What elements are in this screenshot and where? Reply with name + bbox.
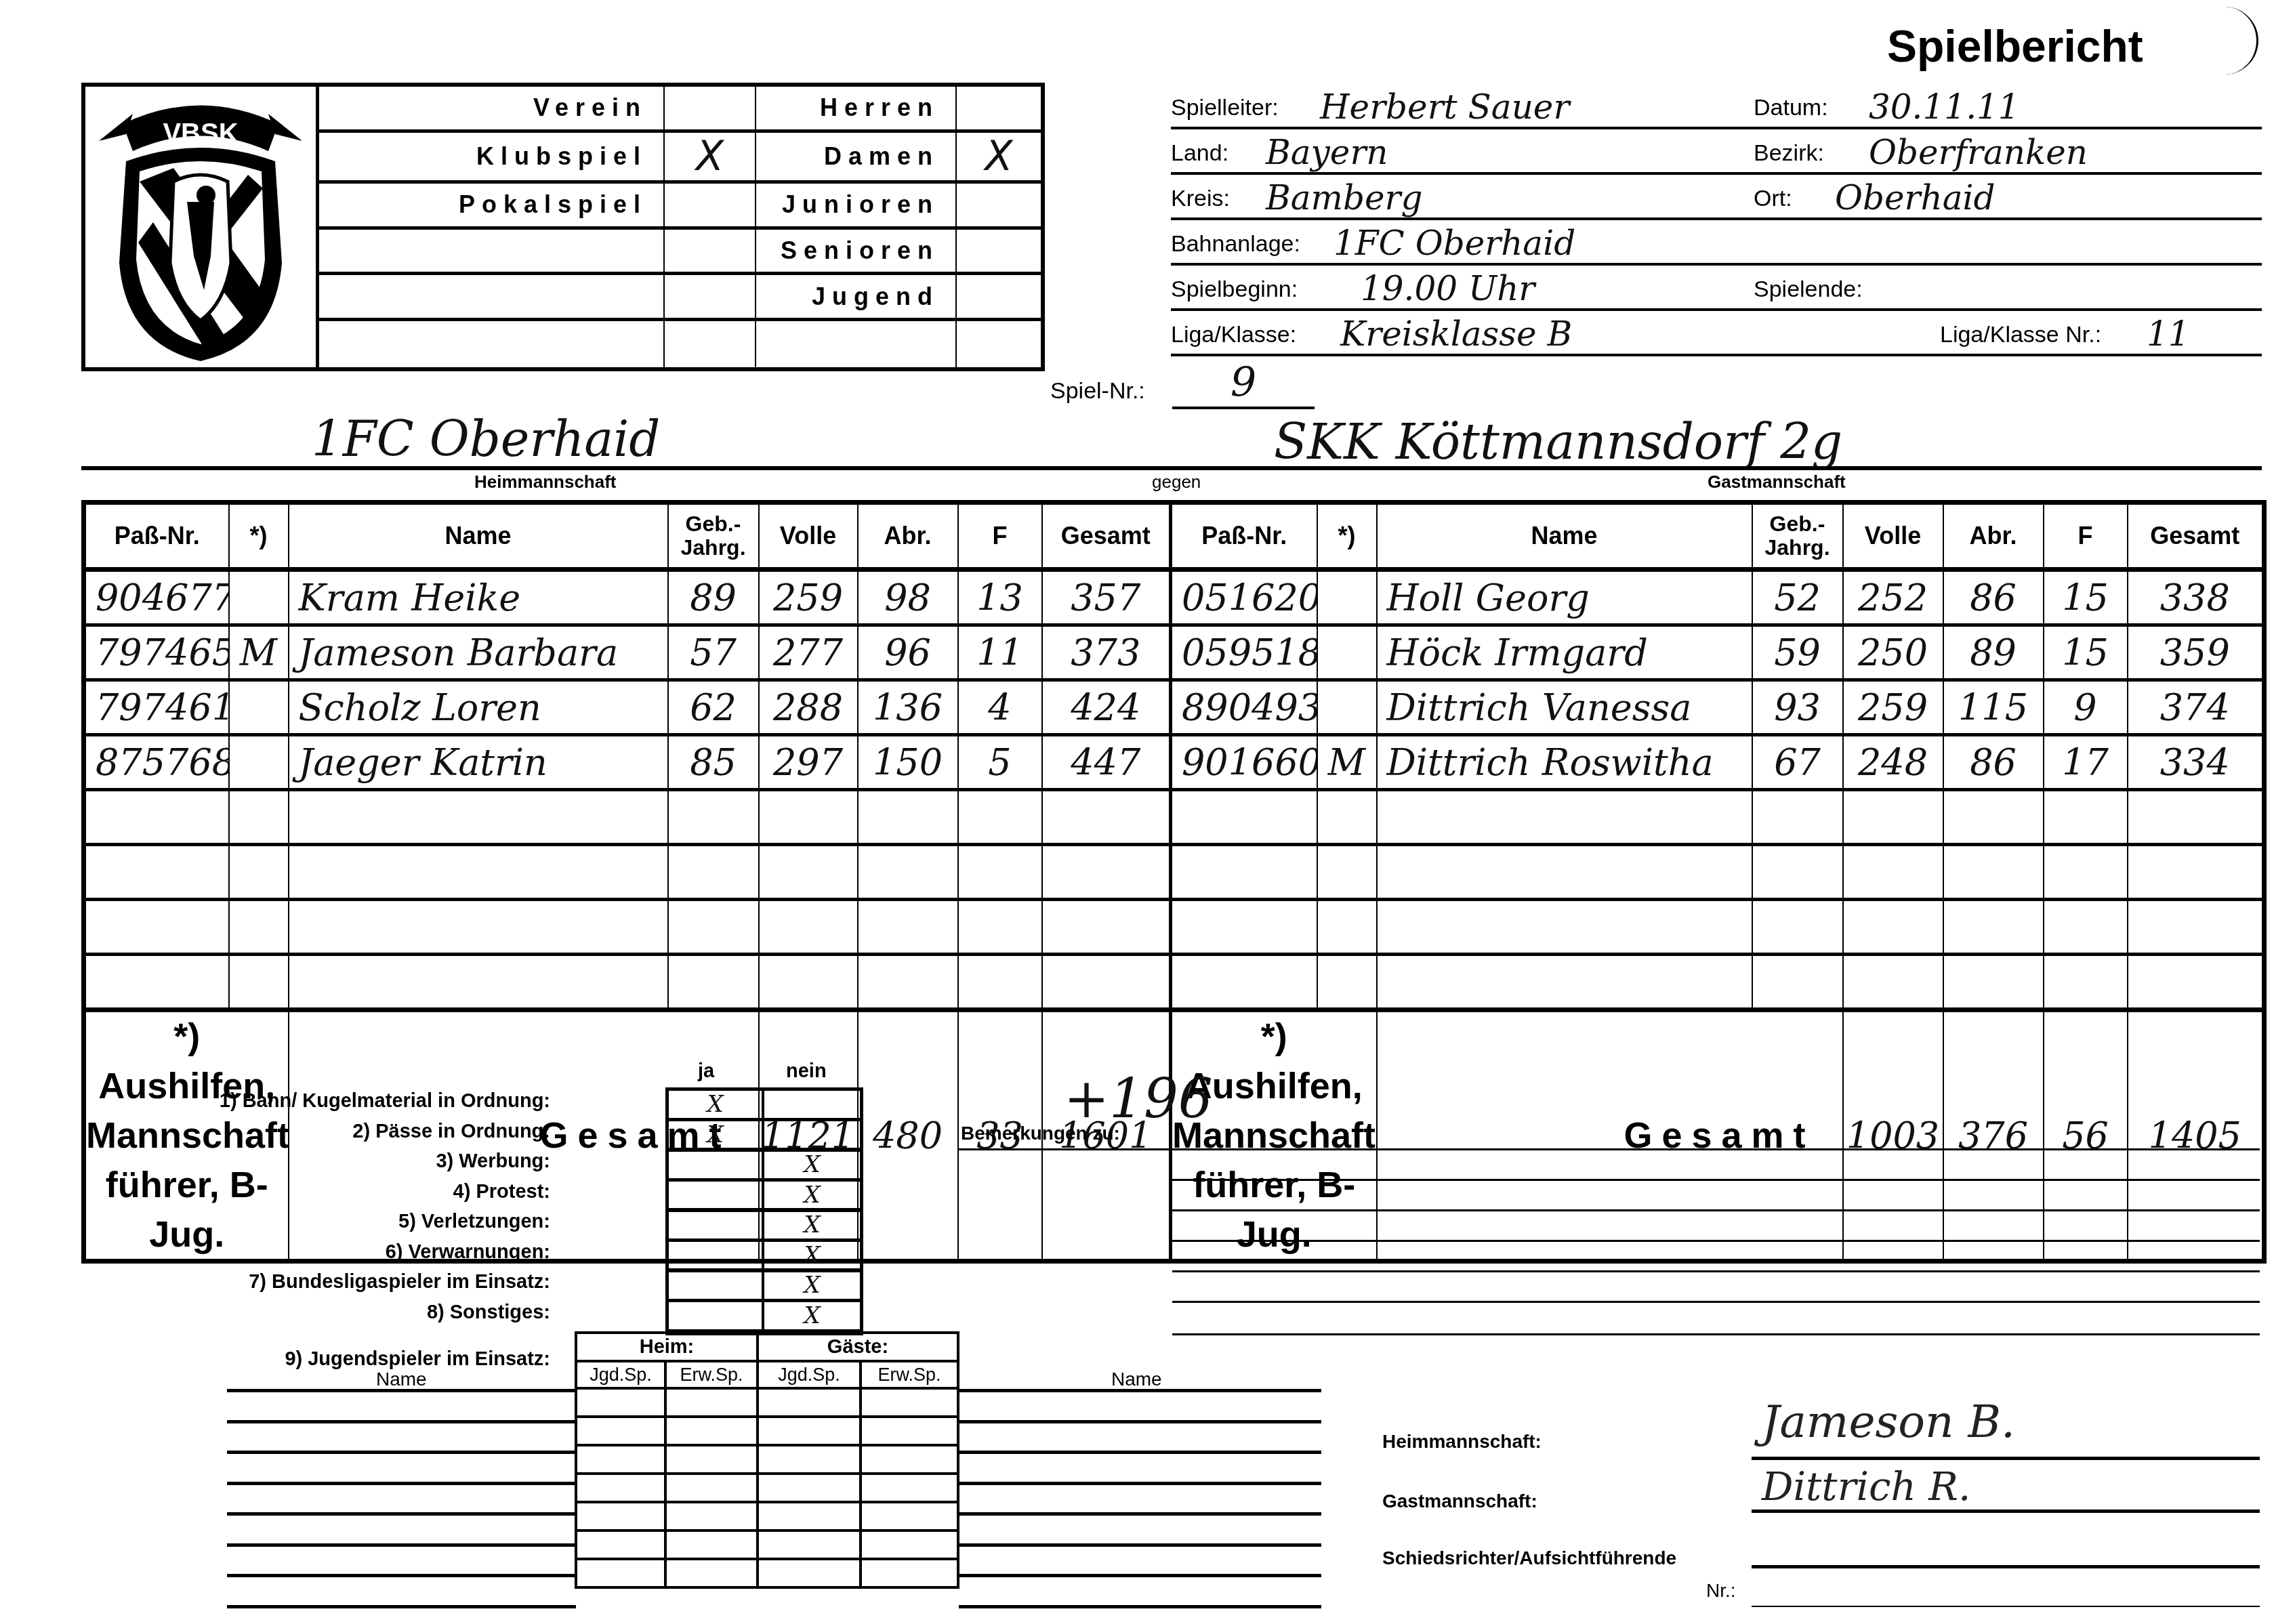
checkbox-nein[interactable]: X xyxy=(764,1302,860,1333)
guest-total-f[interactable]: 56 xyxy=(2044,1010,2128,1262)
youth-cell[interactable] xyxy=(861,1417,958,1445)
youth-name-line-guest[interactable] xyxy=(959,1482,1321,1485)
col-volle: Volle xyxy=(759,503,858,570)
sig-home-line xyxy=(1752,1457,2260,1460)
home-abr-cell[interactable]: 96 xyxy=(858,625,958,680)
youth-cell[interactable] xyxy=(758,1531,861,1559)
home-passnr-cell[interactable]: 797461 xyxy=(84,680,229,735)
spiel-nr-field[interactable]: 9 xyxy=(1172,359,1315,409)
home-name-cell[interactable]: Jameson Barbara xyxy=(289,625,668,680)
guest-gesamt-cell[interactable] xyxy=(2128,845,2265,900)
ja-label: ja xyxy=(698,1060,714,1083)
guest-passnr-cell[interactable]: 059518 xyxy=(1171,625,1317,680)
label-empty-4 xyxy=(319,230,665,276)
youth-cell[interactable] xyxy=(576,1559,665,1587)
guest-star-cell[interactable] xyxy=(1317,680,1377,735)
checklist-item-label: 6) Verwarnungen: xyxy=(386,1241,550,1264)
remarks-line-5[interactable] xyxy=(1172,1270,2260,1272)
youth-cell[interactable] xyxy=(576,1531,665,1559)
guest-abr-cell[interactable] xyxy=(1943,900,2044,955)
home-gebjahrg-cell[interactable] xyxy=(668,790,759,845)
table-row xyxy=(84,955,2265,1010)
guest-name-cell[interactable] xyxy=(1377,900,1752,955)
youth-cell[interactable] xyxy=(861,1474,958,1502)
home-gebjahrg-cell[interactable] xyxy=(668,955,759,1010)
youth-row xyxy=(576,1502,958,1531)
youth-cell[interactable] xyxy=(758,1445,861,1474)
label-empty-6 xyxy=(319,321,665,367)
checkbox-nein[interactable]: X xyxy=(764,1272,860,1302)
guest-total-volle[interactable]: 1003 xyxy=(1843,1010,1943,1262)
youth-name-line-guest[interactable] xyxy=(959,1512,1321,1516)
home-gebjahrg-cell[interactable]: 57 xyxy=(668,625,759,680)
youth-cell[interactable] xyxy=(665,1502,758,1531)
guest-gebjahrg-cell[interactable] xyxy=(1752,845,1843,900)
guest-star-cell[interactable]: M xyxy=(1317,735,1377,790)
home-passnr-cell[interactable] xyxy=(84,845,229,900)
col-gebjahrg: Geb.-Jahrg. xyxy=(668,503,759,570)
guest-abr-cell[interactable]: 86 xyxy=(1943,735,2044,790)
spielende-label: Spielende: xyxy=(1754,276,1863,303)
sig-guest-line xyxy=(1752,1510,2260,1513)
datum-field[interactable]: 30.11.11 xyxy=(1869,87,2020,127)
home-f-cell[interactable] xyxy=(958,900,1042,955)
home-name-cell[interactable] xyxy=(289,845,668,900)
checkbox-ja[interactable] xyxy=(669,1211,764,1242)
checkbox-jugend[interactable] xyxy=(957,275,1041,321)
checkbox-nein[interactable] xyxy=(764,1091,860,1121)
home-abr-cell[interactable] xyxy=(858,955,958,1010)
guest-gebjahrg-cell[interactable] xyxy=(1752,790,1843,845)
guest-gesamt-cell[interactable] xyxy=(2128,900,2265,955)
youth-name-line-guest[interactable] xyxy=(959,1543,1321,1547)
youth-name-line-home[interactable] xyxy=(227,1543,576,1547)
youth-cell[interactable] xyxy=(576,1474,665,1502)
checkbox-ja[interactable] xyxy=(669,1302,764,1333)
home-f-cell[interactable]: 4 xyxy=(958,680,1042,735)
guest-gesamt-cell[interactable] xyxy=(2128,790,2265,845)
checkbox-senioren[interactable] xyxy=(957,230,1041,276)
vbsk-logo: VBSK xyxy=(85,87,319,367)
home-star-cell[interactable] xyxy=(229,570,289,625)
home-name-cell[interactable]: Jaeger Katrin xyxy=(289,735,668,790)
home-abr-cell[interactable]: 136 xyxy=(858,680,958,735)
guest-team-field[interactable]: SKK Köttmannsdorf 2g xyxy=(1274,413,1842,470)
category-grid: Verein Herren Klubspiel X Damen X Pokals… xyxy=(319,87,1041,367)
checklist-item-boxes: X xyxy=(665,1299,863,1336)
guest-star-cell[interactable] xyxy=(1317,900,1377,955)
home-star-cell[interactable]: M xyxy=(229,625,289,680)
home-volle-cell[interactable] xyxy=(759,955,858,1010)
youth-name-line-home[interactable] xyxy=(227,1451,576,1454)
nein-label: nein xyxy=(786,1060,827,1083)
home-name-cell[interactable]: Kram Heike xyxy=(289,570,668,625)
youth-name-left-label: Name xyxy=(376,1369,427,1390)
spiel-nr-label: Spiel-Nr.: xyxy=(1050,378,1145,404)
home-gesamt-cell[interactable] xyxy=(1042,845,1171,900)
checkbox-junioren[interactable] xyxy=(957,184,1041,230)
checklist-item-label: 7) Bundesligaspieler im Einsatz: xyxy=(249,1271,550,1293)
youth-name-line-home[interactable] xyxy=(227,1574,576,1577)
category-box: VBSK Verein Herren Klubspiel X Damen X P… xyxy=(81,83,1045,371)
home-gebjahrg-cell[interactable]: 89 xyxy=(668,570,759,625)
checklist-item-boxes: X xyxy=(665,1238,863,1272)
guest-gebjahrg-cell[interactable]: 59 xyxy=(1752,625,1843,680)
checkbox-nein[interactable]: X xyxy=(764,1242,860,1272)
youth-cell[interactable] xyxy=(861,1445,958,1474)
youth-cell[interactable] xyxy=(758,1559,861,1587)
guest-gebjahrg-cell[interactable]: 67 xyxy=(1752,735,1843,790)
guest-volle-cell[interactable] xyxy=(1843,900,1943,955)
checkbox-ja[interactable] xyxy=(669,1151,764,1182)
row-bahnanlage: Bahnanlage: 1FC Oberhaid xyxy=(1171,217,2262,266)
bezirk-field[interactable]: Oberfranken xyxy=(1869,133,2088,172)
youth-cell[interactable] xyxy=(758,1502,861,1531)
guest-abr-cell[interactable]: 86 xyxy=(1943,570,2044,625)
youth-name-line-home[interactable] xyxy=(227,1389,576,1392)
home-star-cell[interactable] xyxy=(229,680,289,735)
youth-cell[interactable] xyxy=(861,1531,958,1559)
remarks-line-1[interactable] xyxy=(959,1148,2260,1150)
youth-name-line-home[interactable] xyxy=(227,1512,576,1516)
col-f-guest: F xyxy=(2044,503,2128,570)
youth-name-line-home[interactable] xyxy=(227,1420,576,1423)
guest-passnr-cell[interactable] xyxy=(1171,900,1317,955)
guest-gebjahrg-cell[interactable]: 52 xyxy=(1752,570,1843,625)
guest-volle-cell[interactable] xyxy=(1843,955,1943,1010)
guest-passnr-cell[interactable]: 9016605 xyxy=(1171,735,1317,790)
checkbox-verein[interactable] xyxy=(665,87,756,133)
youth-name-right-label: Name xyxy=(1111,1369,1162,1390)
youth-cell[interactable] xyxy=(576,1502,665,1531)
home-gesamt-cell[interactable] xyxy=(1042,955,1171,1010)
guest-volle-cell[interactable]: 252 xyxy=(1843,570,1943,625)
guest-volle-cell[interactable] xyxy=(1843,845,1943,900)
checkbox-empty-6[interactable] xyxy=(665,321,756,367)
guest-f-cell[interactable]: 15 xyxy=(2044,625,2128,680)
datum-label: Datum: xyxy=(1754,95,1828,121)
guest-name-cell[interactable]: Dittrich Vanessa xyxy=(1377,680,1752,735)
remarks-line-4[interactable] xyxy=(1172,1240,2260,1242)
col-abr-guest: Abr. xyxy=(1943,503,2044,570)
checklist-item-boxes: X xyxy=(665,1268,863,1302)
home-passnr-cell[interactable] xyxy=(84,900,229,955)
checkbox-ja[interactable] xyxy=(669,1242,764,1272)
remarks-line-2[interactable] xyxy=(1172,1179,2260,1181)
guest-star-cell[interactable] xyxy=(1317,790,1377,845)
youth-name-line-guest[interactable] xyxy=(959,1574,1321,1577)
home-passnr-cell[interactable]: 875768 xyxy=(84,735,229,790)
home-gesamt-cell[interactable]: 447 xyxy=(1042,735,1171,790)
home-f-cell[interactable] xyxy=(958,955,1042,1010)
sig-referee-line[interactable] xyxy=(1752,1565,2260,1568)
youth-name-line-guest[interactable] xyxy=(959,1389,1321,1392)
checkbox-nein[interactable]: X xyxy=(764,1182,860,1212)
table-row xyxy=(84,790,2265,845)
row-land: Land: Bayern Bezirk: Oberfranken xyxy=(1171,127,2262,175)
youth-cell[interactable] xyxy=(576,1388,665,1417)
checkbox-herren[interactable] xyxy=(957,87,1041,133)
youth-cell[interactable] xyxy=(758,1388,861,1417)
youth-cell[interactable] xyxy=(665,1474,758,1502)
home-f-cell[interactable]: 11 xyxy=(958,625,1042,680)
home-star-cell[interactable] xyxy=(229,790,289,845)
home-gesamt-cell[interactable] xyxy=(1042,790,1171,845)
guest-team-label: Gastmannschaft xyxy=(1708,472,1846,493)
guest-passnr-cell[interactable] xyxy=(1171,790,1317,845)
checklist-item-label: 1) Bahn/ Kugelmaterial in Ordnung: xyxy=(220,1090,550,1112)
home-star-cell[interactable] xyxy=(229,845,289,900)
youth-cell[interactable] xyxy=(665,1559,758,1587)
crest-icon: VBSK xyxy=(85,87,316,367)
home-volle-cell[interactable] xyxy=(759,790,858,845)
row-liga: Liga/Klasse: Kreisklasse B Liga/Klasse N… xyxy=(1171,308,2262,356)
label-herren: Herren xyxy=(756,87,957,133)
youth-cell[interactable] xyxy=(665,1417,758,1445)
guest-gesamt-cell[interactable]: 374 xyxy=(2128,680,2265,735)
youth-cell[interactable] xyxy=(861,1502,958,1531)
youth-cell[interactable] xyxy=(576,1417,665,1445)
home-name-cell[interactable]: Scholz Loren xyxy=(289,680,668,735)
guest-f-cell[interactable]: 17 xyxy=(2044,735,2128,790)
checkbox-nein[interactable]: X xyxy=(764,1151,860,1182)
guest-abr-cell[interactable]: 89 xyxy=(1943,625,2044,680)
home-volle-cell[interactable] xyxy=(759,900,858,955)
footnote-home: *) Aushilfen,Mannschafts-führer, B-Jug. xyxy=(84,1010,289,1262)
guest-f-cell[interactable] xyxy=(2044,790,2128,845)
home-gebjahrg-cell[interactable]: 85 xyxy=(668,735,759,790)
guest-abr-cell[interactable] xyxy=(1943,790,2044,845)
vs-label: gegen xyxy=(1152,472,1201,493)
label-junioren: Junioren xyxy=(756,184,957,230)
checkbox-ja[interactable]: X xyxy=(669,1121,764,1152)
home-abr-cell[interactable]: 150 xyxy=(858,735,958,790)
youth-name-line-guest[interactable] xyxy=(959,1605,1321,1608)
youth-sub-erw-home: Erw.Sp. xyxy=(665,1361,758,1388)
guest-passnr-cell[interactable]: 890493 xyxy=(1171,680,1317,735)
guest-star-cell[interactable] xyxy=(1317,570,1377,625)
bahnanlage-field[interactable]: 1FC Oberhaid xyxy=(1333,224,1575,263)
guest-star-cell[interactable] xyxy=(1317,625,1377,680)
guest-name-cell[interactable] xyxy=(1377,790,1752,845)
home-gesamt-cell[interactable]: 373 xyxy=(1042,625,1171,680)
land-label: Land: xyxy=(1171,140,1228,167)
youth-cell[interactable] xyxy=(861,1559,958,1587)
home-gebjahrg-cell[interactable] xyxy=(668,900,759,955)
col-star: *) xyxy=(229,503,289,570)
home-total-abr[interactable]: 480 xyxy=(858,1010,958,1262)
home-volle-cell[interactable]: 259 xyxy=(759,570,858,625)
home-volle-cell[interactable]: 277 xyxy=(759,625,858,680)
guest-passnr-cell[interactable] xyxy=(1171,845,1317,900)
home-f-cell[interactable] xyxy=(958,845,1042,900)
sig-home-value[interactable]: Jameson B. xyxy=(1762,1396,2015,1448)
remarks-line-7[interactable] xyxy=(1172,1333,2260,1335)
guest-volle-cell[interactable]: 250 xyxy=(1843,625,1943,680)
home-volle-cell[interactable]: 297 xyxy=(759,735,858,790)
footnote-guest: *) Aushilfen,Mannschafts-führer, B-Jug. xyxy=(1171,1010,1377,1262)
youth-cell[interactable] xyxy=(665,1531,758,1559)
ort-field[interactable]: Oberhaid xyxy=(1835,178,1996,217)
checklist-item-label: 2) Pässe in Ordnung: xyxy=(352,1121,550,1143)
youth-name-line-guest[interactable] xyxy=(959,1420,1321,1423)
table-row: 797461Scholz Loren622881364424890493Ditt… xyxy=(84,680,2265,735)
youth-name-line-guest[interactable] xyxy=(959,1451,1321,1454)
home-abr-cell[interactable]: 98 xyxy=(858,570,958,625)
home-gebjahrg-cell[interactable] xyxy=(668,845,759,900)
guest-name-cell[interactable] xyxy=(1377,955,1752,1010)
checkbox-nein[interactable] xyxy=(764,1121,860,1152)
guest-total-abr[interactable]: 376 xyxy=(1943,1010,2044,1262)
checkbox-ja[interactable] xyxy=(669,1182,764,1212)
guest-star-cell[interactable] xyxy=(1317,955,1377,1010)
liga-nr-label: Liga/Klasse Nr.: xyxy=(1940,322,2101,348)
youth-cell[interactable] xyxy=(758,1417,861,1445)
home-passnr-cell[interactable]: 797465 xyxy=(84,625,229,680)
home-star-cell[interactable] xyxy=(229,735,289,790)
home-gebjahrg-cell[interactable]: 62 xyxy=(668,680,759,735)
guest-gesamt-cell[interactable] xyxy=(2128,955,2265,1010)
label-klubspiel: Klubspiel xyxy=(319,133,665,184)
label-empty-6b xyxy=(756,321,957,367)
youth-heim-header: Heim: xyxy=(576,1333,758,1361)
guest-gesamt-cell[interactable]: 359 xyxy=(2128,625,2265,680)
guest-abr-cell[interactable] xyxy=(1943,845,2044,900)
home-abr-cell[interactable] xyxy=(858,790,958,845)
guest-name-cell[interactable]: Höck Irmgard xyxy=(1377,625,1752,680)
guest-name-cell[interactable]: Holl Georg xyxy=(1377,570,1752,625)
ort-label: Ort: xyxy=(1754,186,1792,212)
sig-nr-line[interactable] xyxy=(1752,1606,2260,1607)
home-name-cell[interactable] xyxy=(289,790,668,845)
youth-cell[interactable] xyxy=(665,1445,758,1474)
home-passnr-cell[interactable] xyxy=(84,790,229,845)
liga-nr-field[interactable]: 11 xyxy=(2147,314,2190,354)
youth-row xyxy=(576,1388,958,1417)
guest-volle-cell[interactable]: 248 xyxy=(1843,735,1943,790)
document-title: Spielbericht xyxy=(1887,20,2143,72)
land-field[interactable]: Bayern xyxy=(1266,133,1388,172)
kreis-field[interactable]: Bamberg xyxy=(1266,178,1422,217)
spielbeginn-field[interactable]: 19.00 Uhr xyxy=(1361,269,1535,308)
home-gesamt-cell[interactable] xyxy=(1042,900,1171,955)
home-gesamt-cell[interactable]: 357 xyxy=(1042,570,1171,625)
guest-gesamt-cell[interactable]: 338 xyxy=(2128,570,2265,625)
home-f-cell[interactable]: 5 xyxy=(958,735,1042,790)
checkbox-empty-5[interactable] xyxy=(665,275,756,321)
col-star-guest: *) xyxy=(1317,503,1377,570)
checkbox-pokalspiel[interactable] xyxy=(665,184,756,230)
checkbox-ja[interactable] xyxy=(669,1272,764,1302)
guest-volle-cell[interactable] xyxy=(1843,790,1943,845)
youth-header-row: Heim: Gäste: xyxy=(576,1333,958,1361)
row-spielbeginn: Spielbeginn: 19.00 Uhr Spielende: xyxy=(1171,263,2262,311)
home-star-cell[interactable] xyxy=(229,955,289,1010)
checkbox-damen[interactable]: X xyxy=(957,133,1041,184)
guest-name-cell[interactable] xyxy=(1377,845,1752,900)
total-label-guest: Gesamt xyxy=(1377,1010,1843,1262)
home-name-cell[interactable] xyxy=(289,955,668,1010)
home-volle-cell[interactable]: 288 xyxy=(759,680,858,735)
guest-name-cell[interactable]: Dittrich Roswitha xyxy=(1377,735,1752,790)
guest-f-cell[interactable] xyxy=(2044,955,2128,1010)
home-passnr-cell[interactable]: 9046773 xyxy=(84,570,229,625)
checklist-item-label: 4) Protest: xyxy=(453,1181,550,1203)
home-gesamt-cell[interactable]: 424 xyxy=(1042,680,1171,735)
remarks-line-6[interactable] xyxy=(1172,1301,2260,1303)
table-row: 9046773Kram Heike892599813357051620Holl … xyxy=(84,570,2265,625)
youth-name-line-home[interactable] xyxy=(227,1482,576,1485)
label-verein: Verein xyxy=(319,87,665,133)
guest-f-cell[interactable]: 15 xyxy=(2044,570,2128,625)
checkbox-klubspiel[interactable]: X xyxy=(665,133,756,184)
youth-name-line-home[interactable] xyxy=(227,1605,576,1608)
guest-total-gesamt[interactable]: 1405 xyxy=(2128,1010,2265,1262)
checklist-item-boxes: X xyxy=(665,1178,863,1212)
table-row: 797465MJameson Barbara572779611373059518… xyxy=(84,625,2265,680)
label-damen: Damen xyxy=(756,133,957,184)
guest-gebjahrg-cell[interactable] xyxy=(1752,955,1843,1010)
spielbeginn-label: Spielbeginn: xyxy=(1171,276,1298,303)
youth-cell[interactable] xyxy=(758,1474,861,1502)
checkbox-nein[interactable]: X xyxy=(764,1211,860,1242)
guest-gebjahrg-cell[interactable]: 93 xyxy=(1752,680,1843,735)
guest-abr-cell[interactable]: 115 xyxy=(1943,680,2044,735)
guest-star-cell[interactable] xyxy=(1317,845,1377,900)
checkbox-ja[interactable]: X xyxy=(669,1091,764,1121)
home-f-cell[interactable]: 13 xyxy=(958,570,1042,625)
guest-passnr-cell[interactable] xyxy=(1171,955,1317,1010)
checkbox-empty-6b[interactable] xyxy=(957,321,1041,367)
youth-cell[interactable] xyxy=(861,1388,958,1417)
youth-cell[interactable] xyxy=(576,1445,665,1474)
col-gesamt-guest: Gesamt xyxy=(2128,503,2265,570)
checklist-item-label: 5) Verletzungen: xyxy=(398,1211,550,1233)
remarks-line-3[interactable] xyxy=(1172,1209,2260,1211)
home-abr-cell[interactable] xyxy=(858,845,958,900)
checkbox-empty-4[interactable] xyxy=(665,230,756,276)
guest-f-cell[interactable] xyxy=(2044,900,2128,955)
youth-row xyxy=(576,1531,958,1559)
home-f-cell[interactable] xyxy=(958,790,1042,845)
home-passnr-cell[interactable] xyxy=(84,955,229,1010)
youth-row xyxy=(576,1417,958,1445)
liga-field[interactable]: Kreisklasse B xyxy=(1340,314,1572,354)
checklist-item-boxes: X xyxy=(665,1148,863,1182)
bezirk-label: Bezirk: xyxy=(1754,140,1824,167)
home-team-field[interactable]: 1FC Oberhaid xyxy=(312,411,660,467)
guest-f-cell[interactable]: 9 xyxy=(2044,680,2128,735)
home-abr-cell[interactable] xyxy=(858,900,958,955)
row-kreis: Kreis: Bamberg Ort: Oberhaid xyxy=(1171,172,2262,220)
spielleiter-field[interactable]: Herbert Sauer xyxy=(1320,87,1569,127)
sig-referee-label: Schiedsrichter/Aufsichtführende xyxy=(1382,1547,1676,1569)
youth-cell[interactable] xyxy=(665,1388,758,1417)
team-line xyxy=(81,466,2262,470)
guest-f-cell[interactable] xyxy=(2044,845,2128,900)
col-name-guest: Name xyxy=(1377,503,1752,570)
home-name-cell[interactable] xyxy=(289,900,668,955)
guest-gebjahrg-cell[interactable] xyxy=(1752,900,1843,955)
home-star-cell[interactable] xyxy=(229,900,289,955)
guest-passnr-cell[interactable]: 051620 xyxy=(1171,570,1317,625)
guest-abr-cell[interactable] xyxy=(1943,955,2044,1010)
sig-guest-value[interactable]: Dittrich R. xyxy=(1762,1463,1970,1510)
guest-gesamt-cell[interactable]: 334 xyxy=(2128,735,2265,790)
bahnanlage-label: Bahnanlage: xyxy=(1171,231,1300,257)
home-volle-cell[interactable] xyxy=(759,845,858,900)
guest-volle-cell[interactable]: 259 xyxy=(1843,680,1943,735)
